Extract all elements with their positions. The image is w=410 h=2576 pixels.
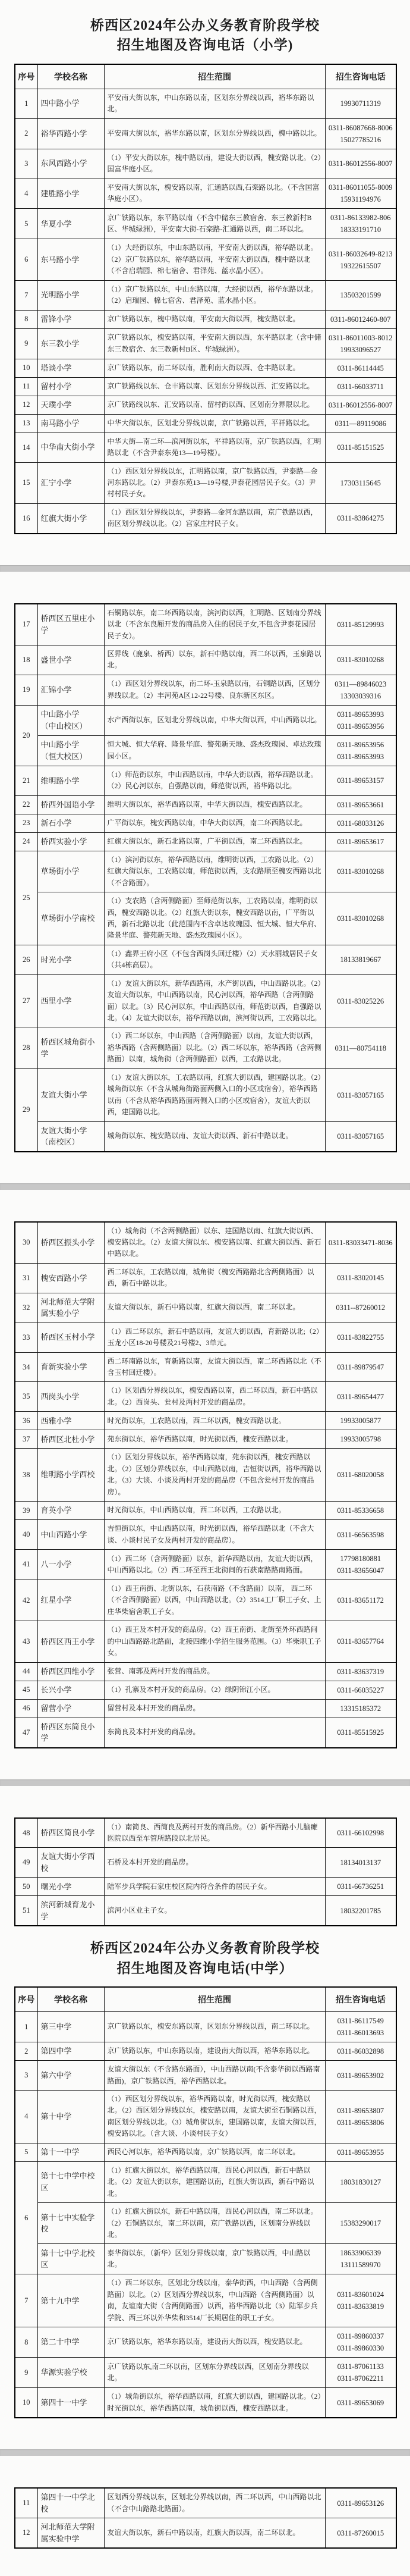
- table-row: 7第十九中学（1）西二环以东，区划北分线以南，泰华街西，中山西路（含两侧路面）以…: [15, 2274, 396, 2327]
- phone-cell: 0311-89653069: [325, 2388, 396, 2418]
- phone-cell: 0311-86012460-807: [325, 310, 396, 328]
- school-name-cell: 新石小学: [37, 814, 104, 832]
- school-name-cell: 西岗头小学: [37, 1382, 104, 1412]
- school-name-cell: 华源实验学校: [37, 2358, 104, 2388]
- table-row: 7光明路小学（1）京广铁路以东，中山东路以南，大经街以西，裕华东路以北。（2）启…: [15, 280, 396, 310]
- row-number-cell: 34: [15, 1352, 37, 1382]
- school-name-cell: 友谊大街小学西校: [37, 1848, 104, 1878]
- phone-cell: 18633906339 13111589970: [325, 2244, 396, 2274]
- phone-cell: 0311-89653955: [325, 2143, 396, 2161]
- phone-cell: 0311-86012556-8007: [325, 396, 396, 414]
- range-cell: （1）西王及本村开发的商品房。（2）西王南街、北街至外环西路间的中山西路路北路面…: [104, 1621, 325, 1662]
- phone-cell: 19930711319: [325, 89, 396, 118]
- phone-cell: 0311—89119086: [325, 414, 396, 433]
- school-name-cell: 第十九中学: [37, 2274, 104, 2327]
- column-header-2: 招生范围: [104, 64, 325, 89]
- school-name-cell: 雷锋小学: [37, 310, 104, 328]
- row-number-cell: 7: [15, 2274, 37, 2327]
- table-row: 38维明路小学西校（1）区划分界线以东，裕华西路以南，苑东街以西，槐安西路以北。…: [15, 1449, 396, 1502]
- table-row: 27西里小学（1）友谊大街以东，新华西路南，水产街以西，中山西路以北。（2）友谊…: [15, 974, 396, 1027]
- row-number-cell: 5: [15, 209, 37, 239]
- range-cell: （1）区划分界线以东，裕华西路以南，苑东街以西，槐安西路以北。（2）区划分界线以…: [104, 1449, 325, 1502]
- school-name-cell: 第三中学: [37, 2012, 104, 2042]
- row-number-cell: 18: [15, 645, 37, 675]
- document: 桥西区2024年公办义务教育阶段学校 招生地图及咨询电话（小学) 序号学校名称招…: [0, 0, 410, 2576]
- range-cell: （1）红旗大街以东，新石中路以南，西民心河以西，南二环以北。（2）石铜路以东，南…: [104, 2203, 325, 2244]
- range-cell: （1）城角街以东，裕华西路以南，红旗大街以西，建国路以北。（2）时光街以东，裕华…: [104, 2388, 325, 2418]
- phone-cell: 0311-83033471-8036: [325, 1222, 396, 1264]
- page-break: [0, 1752, 410, 1816]
- table-row: 40中山西路小学吉恒街以东，中山西路以南，时光街以西，裕华西路以北（不含大谈、小…: [15, 1520, 396, 1550]
- school-name-cell: 光明路小学: [37, 280, 104, 310]
- table-row: 13南马路小学中华大街以东，区划北分界线以南，京广铁路以西，平祥路以北。0311…: [15, 414, 396, 433]
- row-number-cell: 8: [15, 2327, 37, 2358]
- range-cell: 友谊大街以东（不含路东路面），中山西路以南(不含泰华街以西路南路面)，京广铁路以…: [104, 2061, 325, 2091]
- phone-cell: 0311-83657764: [325, 1621, 396, 1662]
- table-row: 51滨河新城育龙小学滨河小区业主子女。18032201785: [15, 1896, 396, 1926]
- range-cell: 泰华街以东，（新华）区划分界线以南，京广铁路以西，中山路以北。: [104, 2244, 325, 2274]
- phone-cell: 0311-86133982-806 18333191710: [325, 209, 396, 239]
- primary-school-admission-table: 17桥西区五里庄小学石铜路以东，南二环西路以南，滨河街以西，汇明路、区划南分界线…: [14, 603, 397, 1152]
- row-number-cell: 51: [15, 1896, 37, 1926]
- row-number-cell: 6: [15, 239, 37, 280]
- table-row: 第十七中学北校区泰华街以东，（新华）区划分界线以南，京广铁路以西，中山路以北。1…: [15, 2244, 396, 2274]
- table-row: 15汇宁小学（1）西区划分界线以东，汇明路以南，京广铁路以西，尹泰路—金河东路以…: [15, 462, 396, 503]
- table-row: 11留村小学京广铁路线以东、仓丰路以南、区划东分界线以西、汇安路以北。0311-…: [15, 377, 396, 396]
- range-cell: 西民心河以东，裕华西路以南，京广铁路以西，南二环以北。: [104, 2143, 325, 2161]
- header-row: 序号学校名称招生范围招生咨询电话: [15, 64, 396, 89]
- phone-cell: 0311-89860337 0311-89860330: [325, 2327, 396, 2358]
- school-name-cell: 中华南大街小学: [37, 433, 104, 462]
- range-cell: （1）城角街（不含两侧路面）以东、建国路以南、红旗大街以西、槐安路以北。（2）友…: [104, 1222, 325, 1264]
- table-row: 2裕华西路小学平安南大街以东，裕华东路以南，区划东分界线以西，槐中路以北。031…: [15, 118, 396, 149]
- range-cell: （1）滨河街以东，裕华西路以南，维明街以西，工农路以北。（2）红旗大街以东，工农…: [104, 851, 325, 892]
- primary-school-admission-table: 30桥西区振头小学（1）城角街（不含两侧路面）以东、建国路以南、红旗大街以西、槐…: [14, 1221, 397, 1748]
- school-name-cell: 第十一中学: [37, 2143, 104, 2161]
- secondary-table-part-1: 序号学校名称招生范围招生咨询电话1第三中学京广铁路以东，槐安东路以南，区划东分界…: [0, 1985, 410, 2422]
- school-name-cell: 中山路小学 （恒大校区）: [37, 735, 104, 766]
- page-separator-bar: [0, 1183, 410, 1190]
- phone-cell: 0311-83010268: [325, 645, 396, 675]
- table-row: 22桥西外国语小学维明大街以东，裕华西路以南，中华大街以西，槐安西路以北。031…: [15, 795, 396, 814]
- row-number-cell: 26: [15, 945, 37, 974]
- table-row: 39育英小学时光街以东，中山西路以南，西二环以西，工农路以北。0311-8533…: [15, 1502, 396, 1520]
- table-row: 5第十一中学西民心河以东，裕华西路以南，京广铁路以西，南二环以北。0311-89…: [15, 2143, 396, 2161]
- range-cell: （1）西区划分界线以东，汇明路以南，京广铁路以西，尹泰路—金河东路以北。（2）尹…: [104, 462, 325, 503]
- school-name-cell: 草场街小学: [37, 851, 104, 892]
- phone-cell: 0311-83057165: [325, 1068, 396, 1121]
- row-number-cell: 37: [15, 1430, 37, 1449]
- school-name-cell: 第二十中学: [37, 2327, 104, 2358]
- table-row: 5华夏小学京广铁路以东，东平路以南（不含中储东三教宿舍、东三教新村B区、华城绿洲…: [15, 209, 396, 239]
- phone-cell: 0311-83020145: [325, 1263, 396, 1293]
- row-number-cell: 3: [15, 149, 37, 178]
- secondary-title-line2: 招生地图及咨询电话(中学）: [117, 1961, 294, 1976]
- range-cell: 京广铁路以东，南二环以南，胜利南大街以西、仓丰路以北。: [104, 359, 325, 377]
- phone-cell: 0311-86032898: [325, 2042, 396, 2061]
- table-row: 6东马路小学（1）大经街以东，中山东路以南，平安南大街以西，裕华路以北。（2）京…: [15, 239, 396, 280]
- table-row: 友谊大街小学 （南校区）城角街以东、槐安路以南、友谊大街以西、新石中路以北。03…: [15, 1121, 396, 1152]
- column-header-1: 学校名称: [37, 1987, 104, 2012]
- row-number-cell: 2: [15, 2042, 37, 2061]
- school-name-cell: 东三教小学: [37, 328, 104, 359]
- school-name-cell: 桥西区简良小学: [37, 1818, 104, 1848]
- range-cell: 区界线（鹿泉、桥西）以东，新石中路以南，西二环以西，玉泉路以北。: [104, 645, 325, 675]
- table-row: 35西岗头小学（1）区划西分界线以东，槐安西路以南，西二环以西，新石中路以北。（…: [15, 1382, 396, 1412]
- range-cell: 维明大街以东，裕华西路以南，中华大街以西，槐安西路以北。: [104, 795, 325, 814]
- row-number-cell: 39: [15, 1502, 37, 1520]
- table-row: 中山路小学 （恒大校区）恒大城、恒大华府、隆景华庭、警苑新天地、盛杰玫瑰园、卓达…: [15, 735, 396, 766]
- phone-cell: 0311-66736251: [325, 1878, 396, 1896]
- range-cell: 平安南大街以东，裕华东路以南，区划东分界线以西，槐中路以北。: [104, 118, 325, 149]
- row-number-cell: 50: [15, 1878, 37, 1896]
- row-number-cell: 33: [15, 1323, 37, 1352]
- row-number-cell: 1: [15, 89, 37, 118]
- range-cell: 滨河小区业主子女。: [104, 1896, 325, 1926]
- school-name-cell: 西雅小学: [37, 1412, 104, 1430]
- row-number-cell: 36: [15, 1412, 37, 1430]
- phone-cell: 0311-68020058: [325, 1449, 396, 1502]
- table-row: 20中山路小学 （中山校区）水产西街以东，区划北分界线以南，中华大街以西，中山西…: [15, 705, 396, 735]
- range-cell: 石铜路以东，南二环西路以南，滨河街以西，汇明路、区划南分界线以北（不含东良厢开发…: [104, 604, 325, 645]
- range-cell: 时光街以东，中山西路以南，西二环以西，工农路以北。: [104, 1502, 325, 1520]
- column-header-1: 学校名称: [37, 64, 104, 89]
- range-cell: 京广铁路以东，槐安路以南，平安南大街以西，东平路以北（含中储东三教宿舍、东三教新…: [104, 328, 325, 359]
- school-name-cell: 第四十一中学: [37, 2388, 104, 2418]
- range-cell: （1）友谊大街以东，新华西路南，水产街以西，中山西路以北。（2）友谊大街以东，中…: [104, 974, 325, 1027]
- range-cell: 京广铁路以东，槐安东路以南，区划东分界线以西，南二环以北。: [104, 2012, 325, 2042]
- column-header-0: 序号: [15, 64, 37, 89]
- phone-cell: 18133819667: [325, 945, 396, 974]
- school-name-cell: 河北师范大学附属实验中学: [37, 2518, 104, 2549]
- primary-school-admission-table: 序号学校名称招生范围招生咨询电话1四中路小学平安南大街以东，中山东路以南，区划东…: [14, 64, 397, 534]
- row-number-cell: 15: [15, 462, 37, 503]
- phone-cell: 0311-89653617: [325, 832, 396, 851]
- school-name-cell: 第四中学: [37, 2042, 104, 2061]
- row-number-cell: 17: [15, 604, 37, 645]
- school-name-cell: 槐安西路小学: [37, 1263, 104, 1293]
- table-row: 4建胜路小学平安南大街以东，槐安路以南，汇通路以西,石栾路以北。（不含国富华庭小…: [15, 178, 396, 209]
- primary-table-title: 桥西区2024年公办义务教育阶段学校 招生地图及咨询电话（小学): [0, 0, 410, 62]
- table-row: 32河北师范大学附属实验小学友谊大街以东，新石中路以南，红旗大街以西，南二环以北…: [15, 1293, 396, 1323]
- range-cell: 京广铁路以东，中山东路以南，建设南大街以西，裕华东路以北。: [104, 2042, 325, 2061]
- table-row: 12天璞小学京广铁路线以东、汇安路以南、留村街以西、区划南分界限以北。0311-…: [15, 396, 396, 414]
- phone-cell: 0311-89879547: [325, 1352, 396, 1382]
- phone-cell: 18031830127: [325, 2161, 396, 2202]
- school-name-cell: 盛世小学: [37, 645, 104, 675]
- school-name-cell: 育英小学: [37, 1502, 104, 1520]
- phone-cell: 18134013137: [325, 1848, 396, 1878]
- row-number-cell: 21: [15, 766, 37, 795]
- table-row: 25草场街小学（1）滨河街以东，裕华西路以南，维明街以西，工农路以北。（2）红旗…: [15, 851, 396, 892]
- row-number-cell: 42: [15, 1580, 37, 1621]
- school-name-cell: 草场街小学南校: [37, 892, 104, 945]
- table-row: 33桥西区玉村小学（1）西二环以东，新石中路以南，友谊大街以西，育新路以北;（2…: [15, 1323, 396, 1352]
- school-name-cell: 西里小学: [37, 974, 104, 1027]
- row-number-cell: 32: [15, 1293, 37, 1323]
- phone-cell: 0311-89653902: [325, 2061, 396, 2091]
- middle-school-admission-table: 11第四十一中学北校区划西分界线以东，区划北分界线以南，西二环以西，中山西路以北…: [14, 2487, 397, 2549]
- row-number-cell: 9: [15, 2358, 37, 2388]
- table-row: 42红星小学（1）西王南街、北街以东，石获南路（不含路面）以南， 西二环（不含西…: [15, 1580, 396, 1621]
- phone-cell: 0311-86011055-8009 15931194976: [325, 178, 396, 209]
- table-row: 10第四十一中学（1）城角街以东，裕华西路以南，红旗大街以西，建国路以北。（2）…: [15, 2388, 396, 2418]
- school-name-cell: 南马路小学: [37, 414, 104, 433]
- table-row: 28桥西区城角街小学（1）西二环以东，中山西路（含两侧路面）以南，友谊大街以西，…: [15, 1027, 396, 1068]
- school-name-cell: 第十中学: [37, 2091, 104, 2143]
- page-break: [0, 2422, 410, 2486]
- table-row: 31槐安西路小学西二环以东，工农路以南，城角街（槐安西路路北含两侧路面）以西，新…: [15, 1263, 396, 1293]
- table-row: 17桥西区五里庄小学石铜路以东，南二环西路以南，滨河街以西，汇明路、区划南分界线…: [15, 604, 396, 645]
- row-number-cell: 10: [15, 359, 37, 377]
- range-cell: 友谊大街以东，新石中路以南，红旗大街以西，南二环以北。: [104, 2518, 325, 2549]
- table-row: 9华源实验学校京广铁路以东,南二环以南，区划东分界线以西，区划南分界线以北。03…: [15, 2358, 396, 2388]
- school-name-cell: 桥西区城角街小学: [37, 1027, 104, 1068]
- row-number-cell: 47: [15, 1718, 37, 1748]
- table-row: 37桥西区北杜小学苑东街以东，裕华西路以南，时光街以西，槐安西路以北。19933…: [15, 1430, 396, 1449]
- row-number-cell: 13: [15, 414, 37, 433]
- range-cell: 陆军步兵学院石家庄校区院内符合条件的居民子女。: [104, 1878, 325, 1896]
- row-number-cell: 46: [15, 1699, 37, 1718]
- range-cell: 西二环南路以东，育新路以南，友谊大街以西，南二环西路以北（不含玉村回迁楼）。: [104, 1352, 325, 1382]
- phone-cell: 0311—80754118: [325, 1027, 396, 1068]
- page-break: [0, 538, 410, 602]
- range-cell: 平安南大街以东，槐安路以南，汇通路以西,石栾路以北。（不含国富华庭小区）。: [104, 178, 325, 209]
- phone-cell: 0311-83651172: [325, 1580, 396, 1621]
- row-number-cell: 23: [15, 814, 37, 832]
- phone-cell: 0311-83010268: [325, 892, 396, 945]
- range-cell: （1）西二环以东，新石中路以南，友谊大街以西，育新路以北;（2）玉龙小区18-2…: [104, 1323, 325, 1352]
- school-name-cell: 第四十一中学北校: [37, 2488, 104, 2518]
- row-number-cell: 7: [15, 280, 37, 310]
- table-row: 30桥西区振头小学（1）城角街（不含两侧路面）以东、建国路以南、红旗大街以西、槐…: [15, 1222, 396, 1264]
- row-number-cell: 40: [15, 1520, 37, 1550]
- range-cell: （1）鑫界王府小区（不包含西岗头回迁楼）（2）天水丽城居民子女（共4栋高层）。: [104, 945, 325, 974]
- school-name-cell: 桥西区五里庄小学: [37, 604, 104, 645]
- row-number-cell: 22: [15, 795, 37, 814]
- phone-cell: 0311-66102998: [325, 1818, 396, 1848]
- range-cell: （1）西二环以东，区划北分线以南，泰华街西，中山西路（含两侧路面）以北。（2）区…: [104, 2274, 325, 2327]
- phone-cell: 0311—89846023 13303039316: [325, 675, 396, 705]
- table-row: 34育新实验小学西二环南路以东，育新路以南，友谊大街以西，南二环西路以北（不含玉…: [15, 1352, 396, 1382]
- table-row: 3东风西路小学（1）平安大街以东，槐中路以南，建设大街以西，槐安路以北。（2）国…: [15, 149, 396, 178]
- page-break: [0, 1156, 410, 1220]
- row-number-cell: 19: [15, 675, 37, 705]
- row-number-cell: 27: [15, 974, 37, 1027]
- phone-cell: 19933005877: [325, 1412, 396, 1430]
- header-row: 序号学校名称招生范围招生咨询电话: [15, 1987, 396, 2012]
- row-number-cell: 12: [15, 396, 37, 414]
- school-name-cell: 留村小学: [37, 377, 104, 396]
- phone-cell: 0311-66563598: [325, 1520, 396, 1550]
- row-number-cell: 6: [15, 2161, 37, 2274]
- table-row: 46留营小学留营村及本村开发的商品房。13315185372: [15, 1699, 396, 1718]
- row-number-cell: 49: [15, 1848, 37, 1878]
- column-header-3: 招生咨询电话: [325, 64, 396, 89]
- school-name-cell: 第十七中学中校区: [37, 2161, 104, 2202]
- phone-cell: 0311-86087668-8006 15027785216: [325, 118, 396, 149]
- row-number-cell: 4: [15, 2091, 37, 2143]
- school-name-cell: 第十七中学北校区: [37, 2244, 104, 2274]
- phone-cell: 0311-66035227: [325, 1681, 396, 1699]
- row-number-cell: 30: [15, 1222, 37, 1264]
- phone-cell: 0311-87260015: [325, 2518, 396, 2549]
- phone-cell: 13315185372: [325, 1699, 396, 1718]
- school-name-cell: 中山西路小学: [37, 1520, 104, 1550]
- table-row: 50曙光小学陆军步兵学院石家庄校区院内符合条件的居民子女。0311-667362…: [15, 1878, 396, 1896]
- school-name-cell: 留营小学: [37, 1699, 104, 1718]
- range-cell: 张营、南郭及两村开发的商品房。: [104, 1662, 325, 1681]
- page-separator-bar: [0, 1779, 410, 1786]
- table-row: 14中华南大街小学中华大街—南二环—滨河街以东，平祥路以南，京广铁路以西，汇明路…: [15, 433, 396, 462]
- school-name-cell: 第六中学: [37, 2061, 104, 2091]
- school-name-cell: 天璞小学: [37, 396, 104, 414]
- table-row: 10塔谈小学京广铁路以东，南二环以南，胜利南大街以西、仓丰路以北。0311-86…: [15, 359, 396, 377]
- range-cell: （1）支农路（含两侧路面）至师范街以东，工农路以南，维明街以西，槐安西路以北。（…: [104, 892, 325, 945]
- range-cell: （1）南简良、西简良及两村开发的商品房。（2）新华西路小儿脑瘫医院以西至车管所路…: [104, 1818, 325, 1848]
- table-row: 6第十七中学中校区（1）红旗大街以东，裕华西路以南，西民心河以西，新石中路以北。…: [15, 2161, 396, 2202]
- primary-title-line1: 桥西区2024年公办义务教育阶段学校: [90, 18, 320, 33]
- range-cell: 水产西街以东，区划北分界线以南，中华大街以西，中山西路以北。: [104, 705, 325, 735]
- school-name-cell: 时光小学: [37, 945, 104, 974]
- row-number-cell: 3: [15, 2061, 37, 2091]
- secondary-table-title: 桥西区2024年公办义务教育阶段学校 招生地图及咨询电话(中学）: [0, 1930, 410, 1985]
- row-number-cell: 5: [15, 2143, 37, 2161]
- school-name-cell: 友谊大街小学: [37, 1068, 104, 1121]
- phone-cell: 0311-83057165: [325, 1121, 396, 1152]
- range-cell: （1）师范街以东，中山西路以南，中华大街以西，裕华西路以北。（2）民心河以东，自…: [104, 766, 325, 795]
- row-number-cell: 44: [15, 1662, 37, 1681]
- row-number-cell: 41: [15, 1549, 37, 1580]
- range-cell: 石桥及本村开发的商品房。: [104, 1848, 325, 1878]
- range-cell: （1）西二环以东，中山西路（含两侧路面）以南，友谊大街以西，裕华西路（含两侧路面…: [104, 1027, 325, 1068]
- phone-cell: 0311-86114445: [325, 359, 396, 377]
- table-row: 29友谊大街小学（1）友谊大街以东，工农路以南，红旗大街以西，建国路以北。（2）…: [15, 1068, 396, 1121]
- row-number-cell: 48: [15, 1818, 37, 1848]
- phone-cell: 0311-89653126: [325, 2488, 396, 2518]
- primary-table-part-4: 48桥西区简良小学（1）南简良、西简良及两村开发的商品房。（2）新华西路小儿脑瘫…: [0, 1816, 410, 1931]
- table-row: 12河北师范大学附属实验中学友谊大街以东，新石中路以南，红旗大街以西，南二环以北…: [15, 2518, 396, 2549]
- row-number-cell: 28: [15, 1027, 37, 1068]
- school-name-cell: 汇宁小学: [37, 462, 104, 503]
- row-number-cell: 25: [15, 851, 37, 945]
- phone-cell: 0311-86032649-8213 19322615507: [325, 239, 396, 280]
- phone-cell: 0311-89653661: [325, 795, 396, 814]
- range-cell: 恒大城、恒大华府、隆景华庭、警苑新天地、盛杰玫瑰园、卓达玫瑰园小区。: [104, 735, 325, 766]
- row-number-cell: 31: [15, 1263, 37, 1293]
- school-name-cell: 桥西区玉村小学: [37, 1323, 104, 1352]
- range-cell: （1）西区划分界线以东，尹泰路—金河东路以南，京广铁路以西，南区划分界线以北。（…: [104, 503, 325, 533]
- phone-cell: 0311-86011003-8012 19933096527: [325, 328, 396, 359]
- phone-cell: 17798180881 0311-83656047: [325, 1549, 396, 1580]
- phone-cell: 0311-83864275: [325, 503, 396, 533]
- table-row: 45长兴小学（1）孔寨及本村开发的商品房。（2）绿阴锦江小区。0311-6603…: [15, 1681, 396, 1699]
- row-number-cell: 8: [15, 310, 37, 328]
- range-cell: （1）大经街以东，中山东路以南，平安南大街以西，裕华路以北。（2）京广铁路以东，…: [104, 239, 325, 280]
- phone-cell: 0311--87260012: [325, 1293, 396, 1323]
- page-separator-bar: [0, 565, 410, 572]
- school-name-cell: 红旗大街小学: [37, 503, 104, 533]
- school-name-cell: 友谊大街小学 （南校区）: [37, 1121, 104, 1152]
- row-number-cell: 24: [15, 832, 37, 851]
- table-row: 43桥西区西王小学（1）西王及本村开发的商品房。（2）西王南街、北街至外环西路间…: [15, 1621, 396, 1662]
- range-cell: 京广铁路线以东、仓丰路以南、区划东分界线以西、汇安路以北。: [104, 377, 325, 396]
- school-name-cell: 建胜路小学: [37, 178, 104, 209]
- range-cell: 京广铁路线以东、汇安路以南、留村街以西、区划南分界限以北。: [104, 396, 325, 414]
- table-row: 草场街小学南校（1）支农路（含两侧路面）至师范街以东，工农路以南，维明街以西，槐…: [15, 892, 396, 945]
- school-name-cell: 第十七中实验学校: [37, 2203, 104, 2244]
- school-name-cell: 长兴小学: [37, 1681, 104, 1699]
- primary-table-part-3: 30桥西区振头小学（1）城角街（不含两侧路面）以东、建国路以南、红旗大街以西、槐…: [0, 1220, 410, 1752]
- school-name-cell: 东马路小学: [37, 239, 104, 280]
- range-cell: （1）西区划分界线以东，南二环-玉泉路以南，石铜路以西，区划分界线以北。（2）丰…: [104, 675, 325, 705]
- bottom-whitespace: [0, 2552, 410, 2576]
- phone-cell: 18032201785: [325, 1896, 396, 1926]
- row-number-cell: 4: [15, 178, 37, 209]
- table-row: 9东三教小学京广铁路以东，槐安路以南，平安南大街以西，东平路以北（含中储东三教宿…: [15, 328, 396, 359]
- range-cell: 西二环以东，工农路以南，城角街（槐安西路路北含两侧路面）以西，新石中路以北。: [104, 1263, 325, 1293]
- school-name-cell: 维明路小学: [37, 766, 104, 795]
- secondary-title-line1: 桥西区2024年公办义务教育阶段学校: [90, 1941, 320, 1955]
- phone-cell: 0311-89653956 0311-89653993: [325, 735, 396, 766]
- table-row: 16红旗大街小学（1）西区划分界线以东，尹泰路—金河东路以南，京广铁路以西，南区…: [15, 503, 396, 533]
- primary-table-part-2: 17桥西区五里庄小学石铜路以东，南二环西路以南，滨河街以西，汇明路、区划南分界线…: [0, 602, 410, 1156]
- school-name-cell: 汇锦小学: [37, 675, 104, 705]
- table-row: 41八一小学（1）西二环（含两侧路面）以东，新华西路以南，友谊大街以西，中山西路…: [15, 1549, 396, 1580]
- phone-cell: 0311-89654477: [325, 1382, 396, 1412]
- table-row: 3第六中学友谊大街以东（不含路东路面），中山西路以南(不含泰华街以西路南路面)，…: [15, 2061, 396, 2091]
- row-number-cell: 10: [15, 2388, 37, 2418]
- range-cell: 中华大街—南二环—滨河街以东，平祥路以南，京广铁路以西，汇明路以北（不含尹泰东苑…: [104, 433, 325, 462]
- school-name-cell: 红星小学: [37, 1580, 104, 1621]
- range-cell: 区划西分界线以东，区划北分界线以南，西二环以西，中山西路以北（不含中山路路北路面…: [104, 2488, 325, 2518]
- table-row: 48桥西区简良小学（1）南简良、西简良及两村开发的商品房。（2）新华西路小儿脑瘫…: [15, 1818, 396, 1848]
- table-row: 1第三中学京广铁路以东，槐安东路以南，区划东分界线以西，南二环以北。0311-8…: [15, 2012, 396, 2042]
- school-name-cell: 桥西外国语小学: [37, 795, 104, 814]
- school-name-cell: 东风西路小学: [37, 149, 104, 178]
- phone-cell: 0311-83637319: [325, 1662, 396, 1681]
- phone-cell: 19933005798: [325, 1430, 396, 1449]
- table-row: 19汇锦小学（1）西区划分界线以东，南二环-玉泉路以南，石铜路以西，区划分界线以…: [15, 675, 396, 705]
- phone-cell: 0311-83822755: [325, 1323, 396, 1352]
- school-name-cell: 桥西区四维小学: [37, 1662, 104, 1681]
- row-number-cell: 11: [15, 377, 37, 396]
- range-cell: （1）西王南街、北街以东，石获南路（不含路面）以南， 西二环（不含西侧路面）以西…: [104, 1580, 325, 1621]
- table-row: 36西雅小学时光街以东，工农路以南，西二环以西，槐安西路以北。199330058…: [15, 1412, 396, 1430]
- row-number-cell: 35: [15, 1382, 37, 1412]
- table-row: 21维明路小学（1）师范街以东，中山西路以南，中华大街以西，裕华西路以北。（2）…: [15, 766, 396, 795]
- table-row: 44桥西区四维小学张营、南郭及两村开发的商品房。0311-83637319: [15, 1662, 396, 1681]
- table-row: 1四中路小学平安南大街以东，中山东路以南，区划东分界线以西，裕华东路以北。199…: [15, 89, 396, 118]
- row-number-cell: 11: [15, 2488, 37, 2518]
- range-cell: 平安南大街以东，中山东路以南，区划东分界线以西，裕华东路以北。: [104, 89, 325, 118]
- range-cell: （1）友谊大街以东，工农路以南，红旗大街以西，建国路以北。（2）城角街以东（不含…: [104, 1068, 325, 1121]
- range-cell: 京广铁路以东,南二环以南，区划东分界线以西，区划南分界线以北。: [104, 2358, 325, 2388]
- table-row: 第十七中实验学校（1）红旗大街以东，新石中路以南，西民心河以西，南二环以北。（2…: [15, 2203, 396, 2244]
- school-name-cell: 滨河新城育龙小学: [37, 1896, 104, 1926]
- school-name-cell: 中山路小学 （中山校区）: [37, 705, 104, 735]
- table-row: 8雷锋小学京广铁路以东，槐中路以南，平安南大街以西，槐安路以北。0311-860…: [15, 310, 396, 328]
- range-cell: （1）孔寨及本村开发的商品房。（2）绿阴锦江小区。: [104, 1681, 325, 1699]
- range-cell: 留营村及本村开发的商品房。: [104, 1699, 325, 1718]
- page-separator-bar: [0, 2449, 410, 2456]
- range-cell: 广平街以东，槐安西路以南，中华大街以西，南二环西路以北。: [104, 814, 325, 832]
- table-row: 2第四中学京广铁路以东，中山东路以南，建设南大街以西，裕华东路以北。0311-8…: [15, 2042, 396, 2061]
- phone-cell: 0311-86012556-8007: [325, 149, 396, 178]
- school-name-cell: 维明路小学西校: [37, 1449, 104, 1502]
- phone-cell: 0311-86117549 0311-86013693: [325, 2012, 396, 2042]
- school-name-cell: 桥西区北杜小学: [37, 1430, 104, 1449]
